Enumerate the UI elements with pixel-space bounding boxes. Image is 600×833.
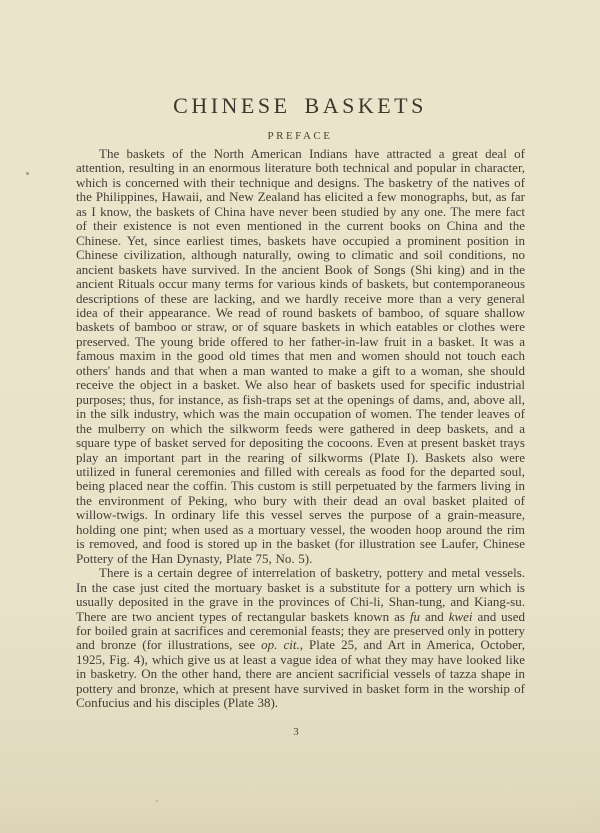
italic-term: op. cit. xyxy=(261,637,300,652)
paper-speck xyxy=(26,172,29,175)
page-number: 3 xyxy=(0,726,592,738)
paper-speck xyxy=(488,437,490,439)
section-heading: PREFACE xyxy=(0,119,600,142)
preface-paragraph: The baskets of the North American Indian… xyxy=(76,147,525,566)
paper-speck xyxy=(156,800,158,802)
text-segment: and xyxy=(420,609,449,624)
preface-text: The baskets of the North American Indian… xyxy=(76,147,525,711)
italic-term: fu xyxy=(410,609,420,624)
preface-paragraph: There is a certain degree of interrelati… xyxy=(76,566,525,711)
text-segment: The baskets of the North American Indian… xyxy=(76,146,525,566)
italic-term: kwei xyxy=(449,609,473,624)
scanned-page: CHINESE BASKETS PREFACE The baskets of t… xyxy=(0,0,600,833)
page-title: CHINESE BASKETS xyxy=(0,0,600,119)
